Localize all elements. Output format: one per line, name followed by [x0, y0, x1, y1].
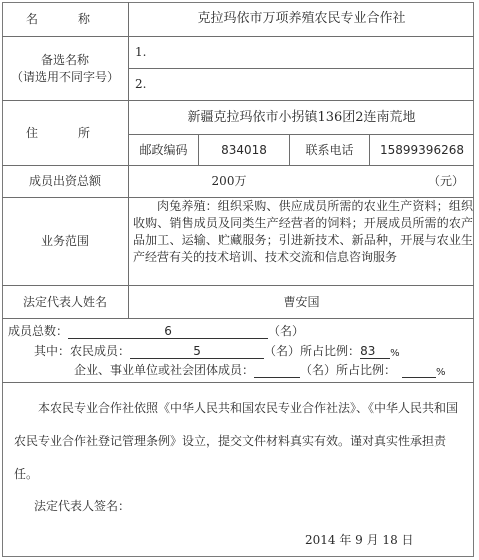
business-scope-value[interactable]: 肉兔养殖：组织采购、供应成员所需的农业生产资料；组织收购、销售成员及同类生产经营…	[133, 198, 473, 266]
members-total-unit: （名）	[268, 322, 304, 339]
declaration-text: 本农民专业合作社依照《中华人民共和国农民专业合作社法》、《中华人民共和国农民专业…	[14, 392, 469, 491]
org-ratio-field[interactable]	[402, 363, 436, 378]
farmer-ratio-label: 所占比例：	[300, 342, 360, 359]
alt-name-label: 备选名称 （请选用不同字号）	[2, 37, 128, 100]
row-divider	[2, 318, 474, 319]
business-scope-label: 业务范围	[2, 198, 128, 285]
address-value[interactable]: 新疆克拉玛依市小拐镇136团2连南荒地	[129, 101, 474, 134]
org-ratio-percent: %	[436, 367, 446, 378]
members-total-row: 成员总数： 6 （名）	[8, 322, 304, 339]
business-scope-text: 肉兔养殖：组织采购、供应成员所需的农业生产资料；组织收购、销售成员及同类生产经营…	[133, 198, 473, 266]
members-org-row: 企业、事业单位或社会团体成员： （名） 所占比例： %	[74, 361, 446, 378]
farmer-members-label: 农民成员：	[70, 342, 130, 359]
declaration: 本农民专业合作社依照《中华人民共和国农民专业合作社法》、《中华人民共和国农民专业…	[14, 392, 469, 491]
farmer-ratio-field[interactable]: 83	[360, 344, 390, 359]
org-members-field[interactable]	[254, 363, 300, 378]
declaration-date: 2014 年 9 月 18 日	[305, 531, 414, 548]
members-total-field[interactable]: 6	[68, 324, 268, 339]
farmer-ratio-percent: %	[390, 348, 400, 359]
postal-code-value[interactable]: 834018	[199, 135, 289, 165]
name-value[interactable]: 克拉玛依市万项养殖农民专业合作社	[129, 2, 474, 36]
farmer-members-unit: （名）	[264, 342, 300, 359]
farmer-members-field[interactable]: 5	[130, 344, 264, 359]
of-which-label: 其中：	[34, 342, 70, 359]
alt-name-2-field[interactable]: 2.	[129, 69, 474, 100]
postal-code-label: 邮政编码	[129, 135, 198, 165]
org-ratio-label: 所占比例：	[336, 361, 396, 378]
capital-label: 成员出资总额	[2, 166, 128, 197]
phone-value[interactable]: 15899396268	[370, 135, 474, 165]
alt-name-label-line1: 备选名称	[41, 52, 89, 68]
alt-name-1-field[interactable]: 1.	[129, 37, 474, 68]
org-members-unit: （名）	[300, 361, 336, 378]
members-farmer-row: 其中： 农民成员： 5 （名） 所占比例： 83 %	[34, 342, 400, 359]
alt-name-label-line2: （请选用不同字号）	[11, 69, 119, 85]
legal-rep-value[interactable]: 曹安国	[129, 286, 474, 318]
phone-label: 联系电话	[290, 135, 369, 165]
capital-value[interactable]: 200万	[129, 166, 329, 197]
legal-rep-label: 法定代表人姓名	[2, 286, 128, 318]
row-divider	[2, 382, 474, 383]
members-total-label: 成员总数：	[8, 322, 68, 339]
name-label: 名 称	[2, 2, 128, 36]
capital-unit: （元）	[420, 166, 472, 197]
address-label: 住 所	[2, 101, 128, 165]
signature-label: 法定代表人签名：	[34, 497, 130, 514]
org-members-label: 企业、事业单位或社会团体成员：	[74, 361, 254, 378]
